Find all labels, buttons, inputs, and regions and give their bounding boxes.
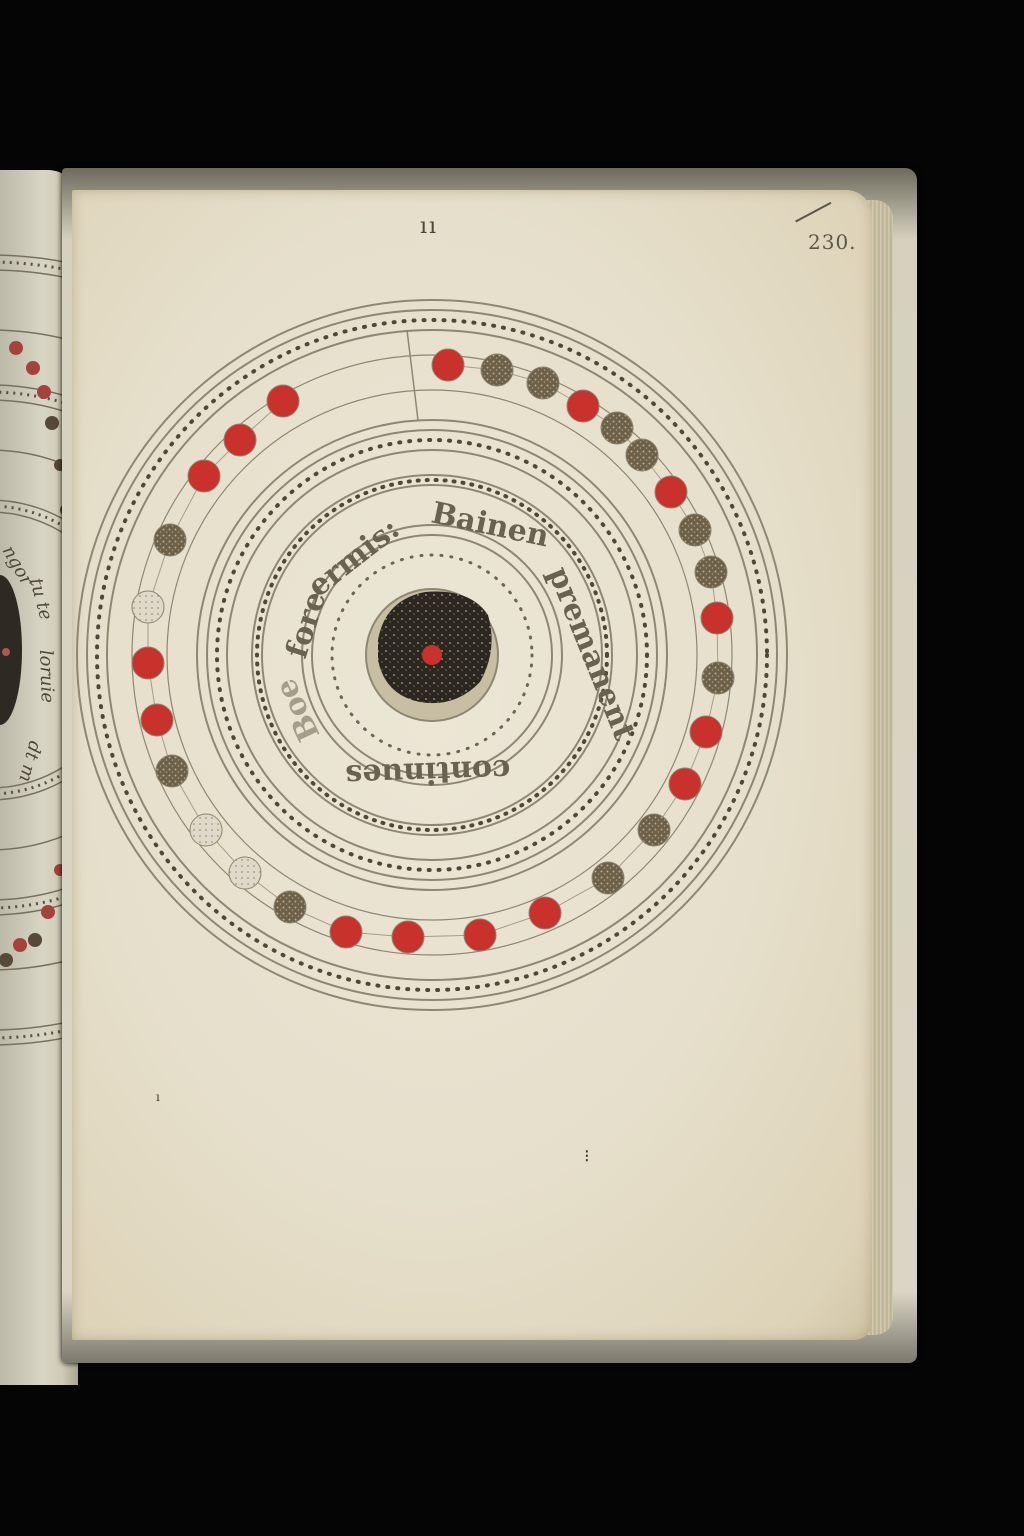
dot-pale [132, 591, 164, 623]
dot-red [701, 602, 733, 634]
dot-brown [527, 367, 559, 399]
dot-brown [154, 524, 186, 556]
dot-red [690, 716, 722, 748]
dot-brown [679, 514, 711, 546]
dot-brown [638, 814, 670, 846]
radial-divider [407, 330, 418, 420]
dot-red [655, 476, 687, 508]
dot-brown [592, 862, 624, 894]
dot-red [224, 424, 256, 456]
dot-red [267, 385, 299, 417]
dot-red [669, 768, 701, 800]
inscription-word-4: Boe [268, 673, 327, 746]
inscription-word-3: continues [345, 752, 511, 793]
dot-red [432, 349, 464, 381]
dot-brown [626, 439, 658, 471]
dot-red [188, 460, 220, 492]
dot-brown [481, 354, 513, 386]
ink-speck: ı [156, 1090, 160, 1104]
dot-red [392, 921, 424, 953]
dot-pale [190, 814, 222, 846]
dot-brown [695, 556, 727, 588]
dot-red [141, 704, 173, 736]
inscription-word-6: ermis: [301, 511, 406, 604]
dot-red [132, 647, 164, 679]
central-hole [366, 589, 498, 721]
dot-brown [156, 755, 188, 787]
ink-mark: ⁝ [584, 1146, 590, 1167]
dot-pale [229, 857, 261, 889]
dot-brown [702, 662, 734, 694]
dot-red [529, 897, 561, 929]
dot-brown [274, 891, 306, 923]
circular-diagram: Bainen premanent continues Boe fore ermi… [0, 0, 1024, 1536]
dot-red [567, 390, 599, 422]
dot-brown [601, 412, 633, 444]
dot-red [330, 916, 362, 948]
inscription-word-1: Bainen [428, 496, 552, 555]
dot-red [464, 919, 496, 951]
